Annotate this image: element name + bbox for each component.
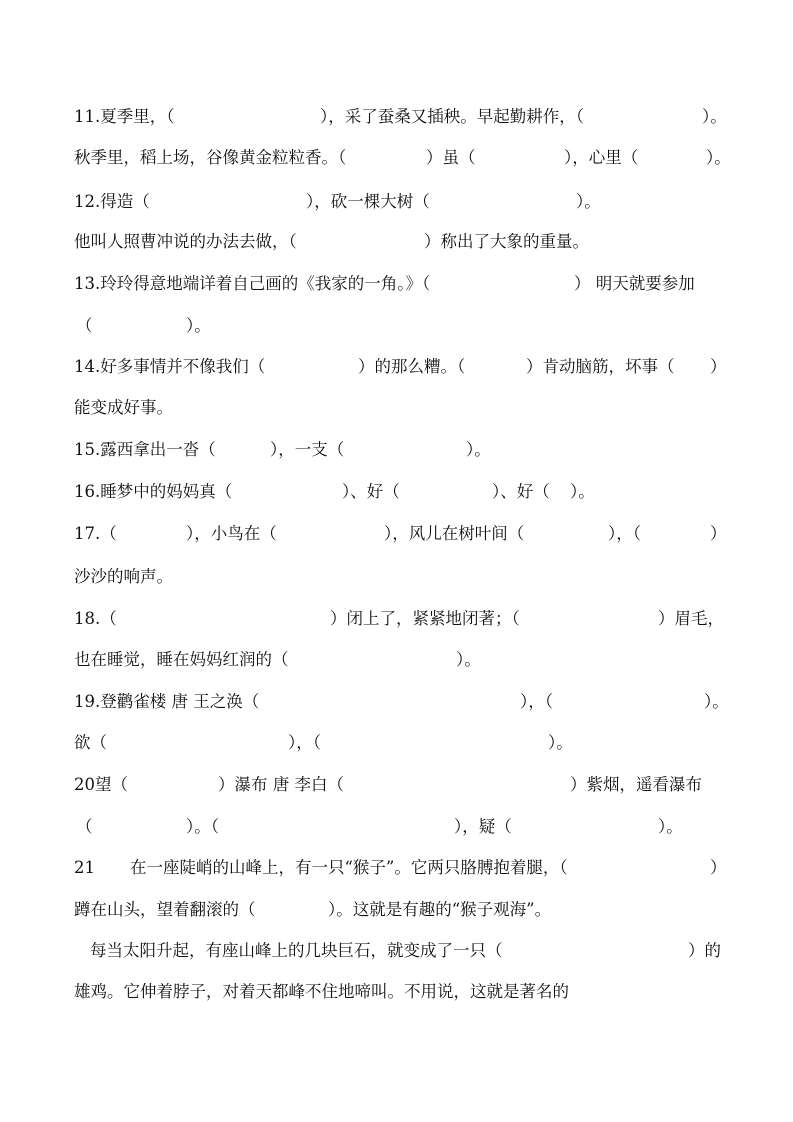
text-segment: 欲（: [74, 731, 107, 755]
text-segment: ），小鸟在（: [186, 522, 277, 546]
text-segment: ）虽（: [426, 146, 476, 170]
text-segment: 19.登鹳雀楼 唐 王之涣（: [74, 690, 259, 714]
text-segment: ）、好（: [492, 480, 550, 504]
text-segment: ）的: [688, 939, 721, 963]
text-segment: 能变成好事。: [74, 396, 173, 420]
text-segment: ）。: [456, 648, 481, 672]
text-segment: ）闭上了，紧紧地闭著；（: [330, 607, 520, 631]
text-segment: 13.玲玲得意地端详着自己画的《我家的一角。》（: [74, 272, 430, 296]
text-segment: ）眉毛，: [658, 607, 724, 631]
text-segment: 18.（: [74, 607, 117, 631]
text-segment: （: [76, 314, 93, 338]
text-segment: ）。: [658, 815, 683, 839]
text-segment: 蹲在山头，望着翻滚的（: [74, 898, 256, 922]
text-segment: 11.夏季里，（: [74, 105, 175, 129]
text-segment: ）。这就是有趣的“猴子观海”。: [328, 898, 551, 922]
text-segment: ）。: [576, 190, 601, 214]
text-segment: ），（: [608, 522, 641, 546]
text-segment: ）紫烟，遥看瀑布: [570, 773, 702, 797]
text-segment: ）、好（: [342, 480, 400, 504]
text-segment: ），风儿在树叶间（: [384, 522, 524, 546]
text-segment: 他叫人照曹冲说的办法去做，（: [74, 230, 297, 254]
text-segment: ）: [710, 522, 727, 546]
text-segment: 12.得造（: [74, 190, 150, 214]
text-segment: 在一座陡峭的山峰上，有一只“猴子”。它两只胳膊抱着腿，（: [130, 856, 568, 880]
text-segment: 秋季里，稻上场，谷像黄金粒粒香。（: [74, 146, 346, 170]
text-segment: ），（: [288, 731, 321, 755]
text-segment: 沙沙的响声。: [74, 565, 173, 589]
text-segment: ）。: [186, 314, 211, 338]
text-segment: ）。: [704, 690, 729, 714]
text-segment: ）肯动脑筋，坏事（: [526, 355, 675, 379]
text-segment: ），心里（: [564, 146, 638, 170]
text-segment: （: [76, 815, 93, 839]
text-segment: ）瀑布 唐 李白（: [218, 773, 344, 797]
text-segment: ）。: [466, 438, 491, 462]
text-segment: 17.（: [74, 522, 117, 546]
text-segment: ）。: [548, 731, 573, 755]
text-segment: ）的那么糟。（: [358, 355, 465, 379]
text-segment: 雄鸡。它伸着脖子，对着天都峰不住地啼叫。不用说，这就是著名的: [74, 980, 569, 1004]
text-segment: ）。（: [186, 815, 219, 839]
text-segment: ），砍一棵大树（: [306, 190, 430, 214]
text-segment: ），采了蚕桑又插秧。早起勤耕作，（: [320, 105, 584, 129]
text-segment: 也在睡觉，睡在妈妈红润的（: [74, 648, 289, 672]
text-segment: ）。: [570, 480, 595, 504]
text-segment: 15.露西拿出一沓（: [74, 438, 216, 462]
text-segment: 20望（: [74, 773, 128, 797]
text-segment: ） 明天就要参加: [574, 272, 695, 296]
text-segment: ），一支（: [270, 438, 344, 462]
text-segment: 每当太阳升起，有座山峰上的几块巨石，就变成了一只（: [90, 939, 503, 963]
text-segment: ），（: [520, 690, 553, 714]
text-segment: ）。: [706, 146, 731, 170]
text-segment: 14.好多事情并不像我们（: [74, 355, 265, 379]
text-segment: 21: [74, 856, 95, 880]
text-segment: ）。: [702, 105, 727, 129]
text-segment: ）: [710, 355, 727, 379]
text-segment: ）: [710, 856, 727, 880]
text-segment: ），疑（: [454, 815, 512, 839]
text-segment: 16.睡梦中的妈妈真（: [74, 480, 232, 504]
text-segment: ）称出了大象的重量。: [424, 230, 589, 254]
